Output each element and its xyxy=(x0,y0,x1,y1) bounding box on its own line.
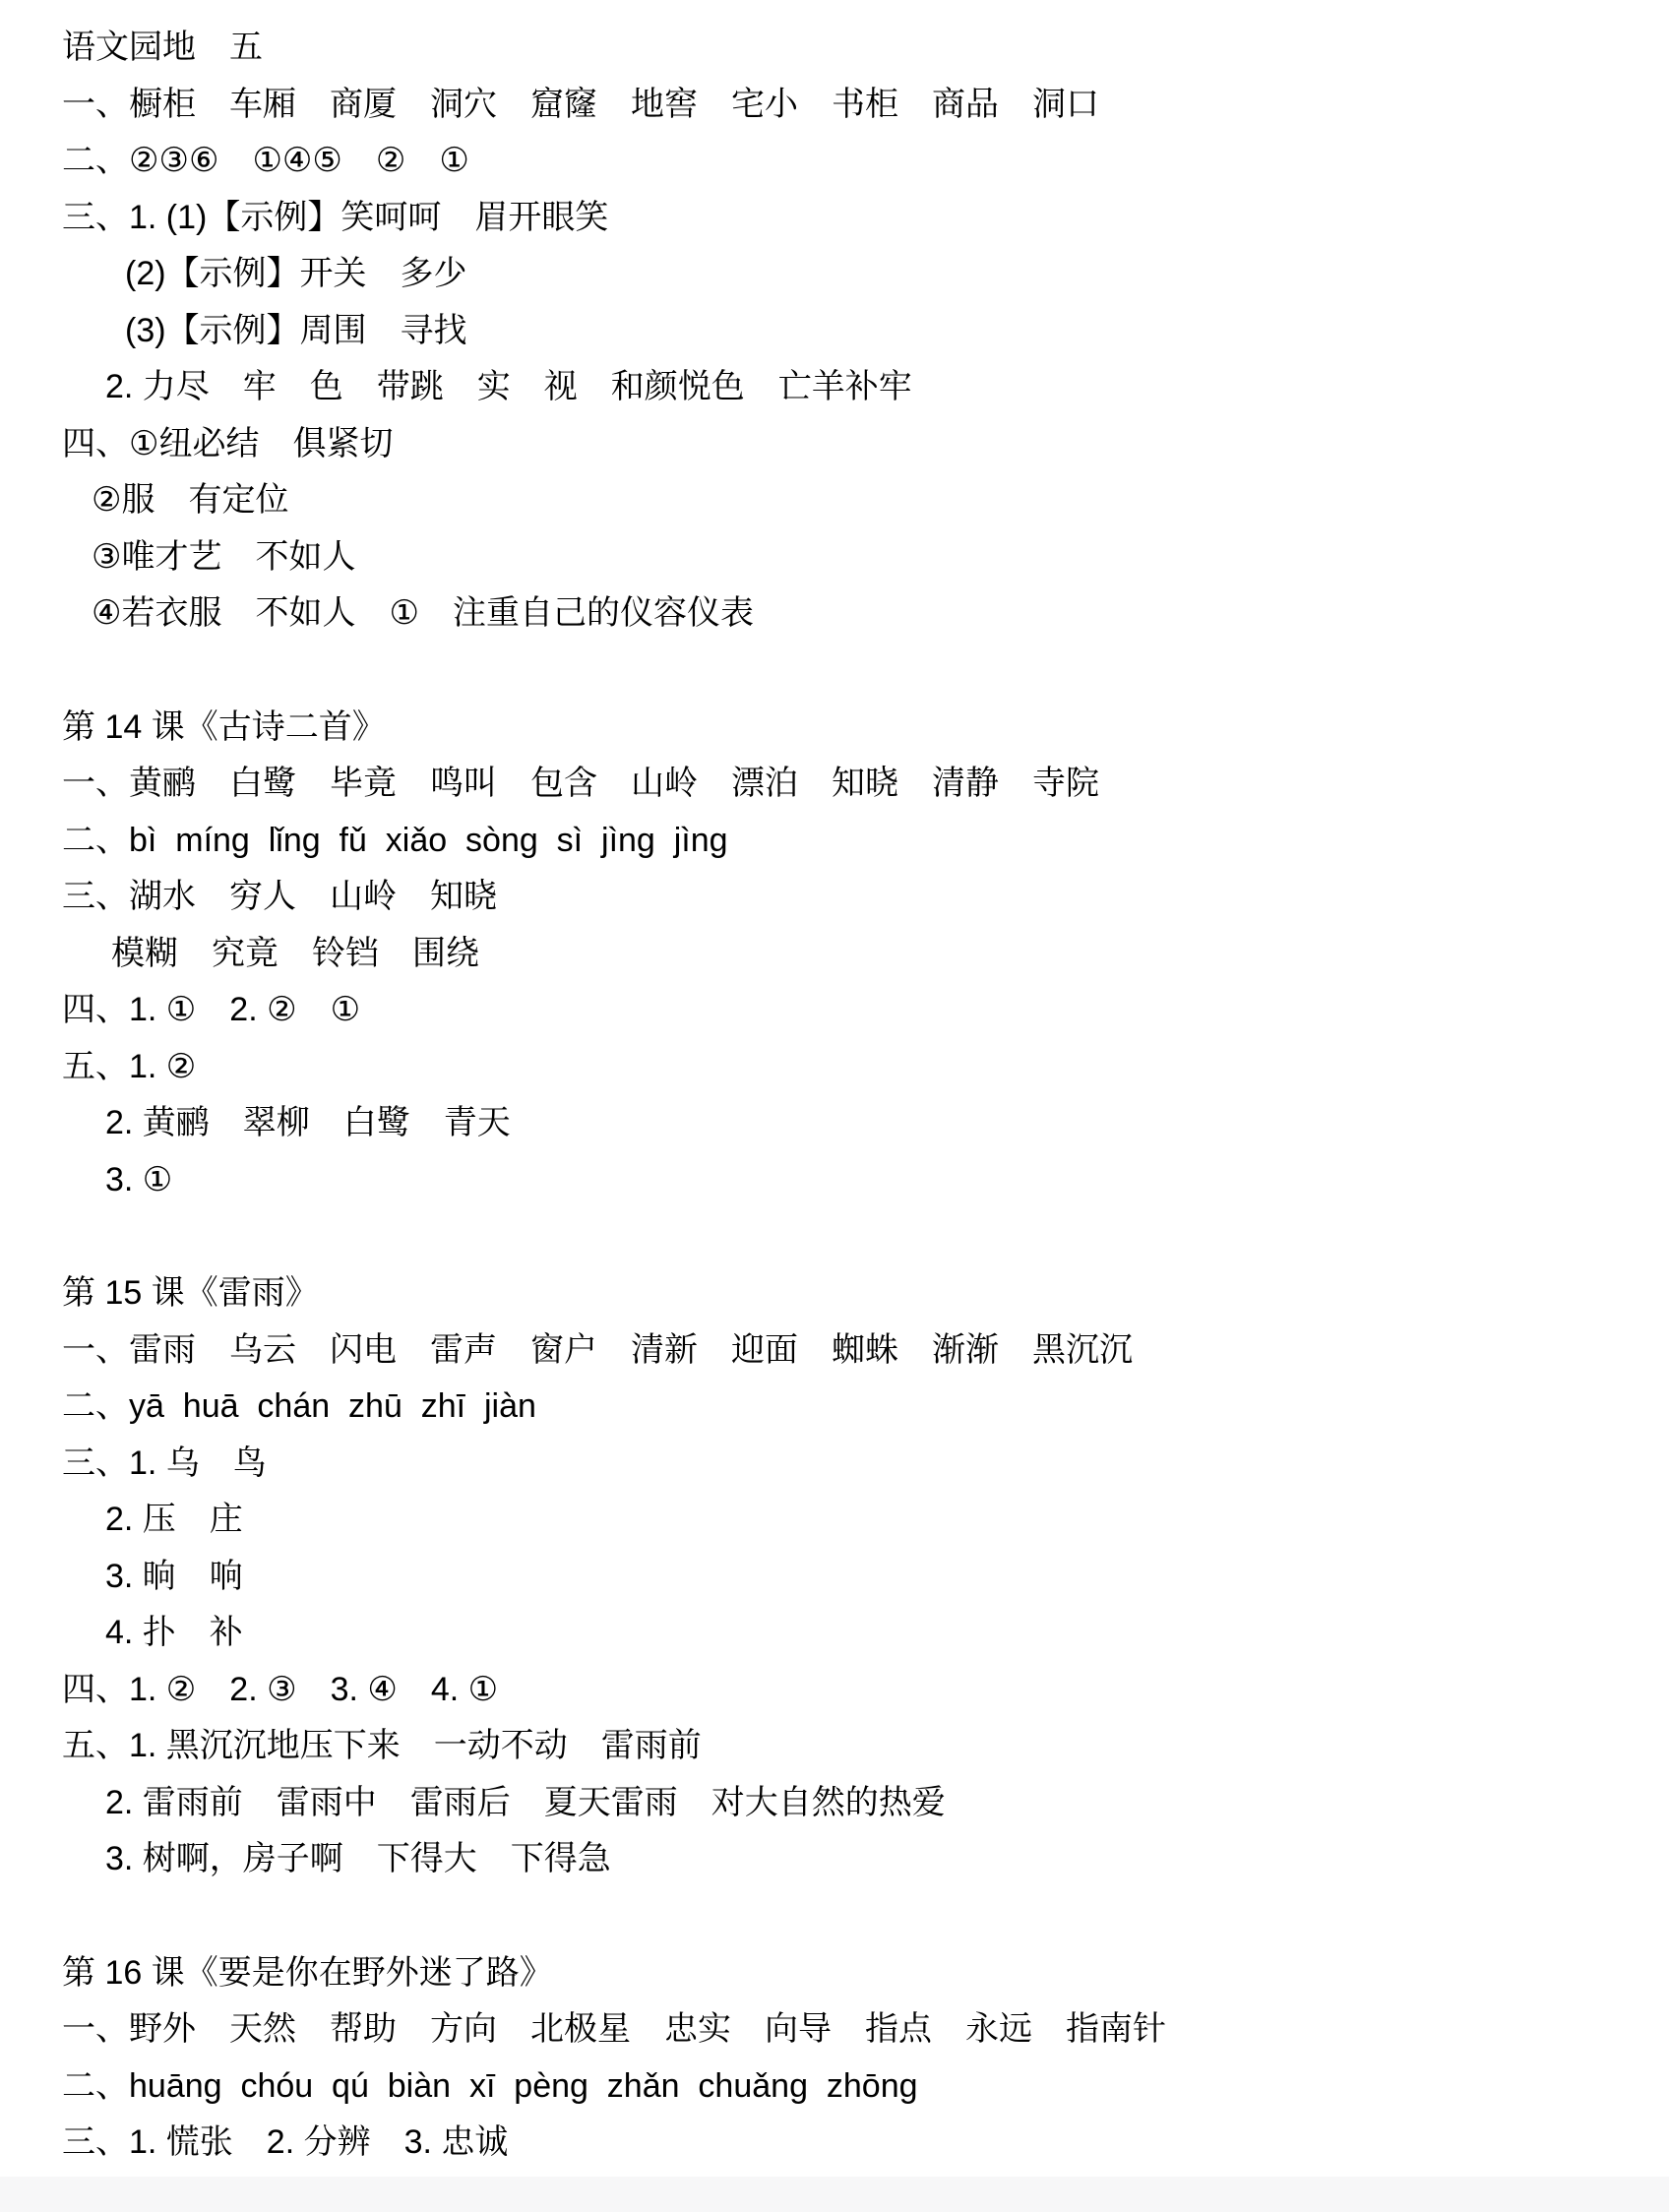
answer-line: 二、yā huā chán zhū zhī jiàn xyxy=(62,1379,1639,1436)
answer-line: 二、bì míng lǐng fǔ xiǎo sòng sì jìng jìng xyxy=(62,813,1639,870)
answer-line: 四、1. ① 2. ② ① xyxy=(62,982,1639,1039)
answer-line: 一、野外 天然 帮助 方向 北极星 忠实 向导 指点 永远 指南针 xyxy=(62,2001,1639,2058)
section-title: 第 16 课《要是你在野外迷了路》 xyxy=(62,1945,1639,2002)
section-lesson-15: 第 15 课《雷雨》 一、雷雨 乌云 闪电 雷声 窗户 清新 迎面 蜘蛛 渐渐 … xyxy=(62,1265,1639,1888)
answer-line: 二、②③⑥ ①④⑤ ② ① xyxy=(62,133,1639,190)
answer-line: 三、1. (1)【示例】笑呵呵 眉开眼笑 xyxy=(62,190,1639,247)
answer-line: ③唯才艺 不如人 xyxy=(92,529,1639,586)
section-title: 第 14 课《古诗二首》 xyxy=(62,700,1639,757)
answer-line: 四、1. ② 2. ③ 3. ④ 4. ① xyxy=(62,1662,1639,1719)
answer-line: 一、雷雨 乌云 闪电 雷声 窗户 清新 迎面 蜘蛛 渐渐 黑沉沉 xyxy=(62,1322,1639,1380)
answer-line: 3. ① xyxy=(105,1152,1639,1209)
answer-line: ④若衣服 不如人 ① 注重自己的仪容仪表 xyxy=(92,585,1639,643)
answer-line: 五、1. 黑沉沉地压下来 一动不动 雷雨前 xyxy=(62,1718,1639,1775)
answer-key-page: 语文园地 五 一、橱柜 车厢 商厦 洞穴 窟窿 地窖 宅小 书柜 商品 洞口 二… xyxy=(0,0,1669,2172)
section-title: 第 15 课《雷雨》 xyxy=(62,1265,1639,1322)
answer-line: 2. 力尽 牢 色 带跳 实 视 和颜悦色 亡羊补牢 xyxy=(105,359,1639,416)
section-title: 语文园地 五 xyxy=(62,20,1639,77)
section-yuwen-yuandi-5: 语文园地 五 一、橱柜 车厢 商厦 洞穴 窟窿 地窖 宅小 书柜 商品 洞口 二… xyxy=(62,20,1639,643)
answer-line: ②服 有定位 xyxy=(92,472,1639,529)
scan-edge-shade xyxy=(0,2177,1669,2212)
answer-line: 4. 扑 补 xyxy=(105,1605,1639,1662)
answer-line: (3)【示例】周围 寻找 xyxy=(125,303,1639,360)
answer-line: 2. 压 庄 xyxy=(105,1492,1639,1549)
section-lesson-16: 第 16 课《要是你在野外迷了路》 一、野外 天然 帮助 方向 北极星 忠实 向… xyxy=(62,1945,1639,2172)
answer-line: 三、1. 慌张 2. 分辨 3. 忠诚 xyxy=(62,2115,1639,2172)
answer-line: 三、1. 乌 鸟 xyxy=(62,1436,1639,1493)
answer-line: 3. 晌 响 xyxy=(105,1549,1639,1606)
answer-line: 2. 黄鹂 翠柳 白鹭 青天 xyxy=(105,1095,1639,1152)
answer-line: 一、橱柜 车厢 商厦 洞穴 窟窿 地窖 宅小 书柜 商品 洞口 xyxy=(62,77,1639,134)
answer-line: 三、湖水 穷人 山岭 知晓 xyxy=(62,869,1639,926)
answer-line: (2)【示例】开关 多少 xyxy=(125,246,1639,303)
answer-line: 2. 雷雨前 雷雨中 雷雨后 夏天雷雨 对大自然的热爱 xyxy=(105,1775,1639,1832)
section-lesson-14: 第 14 课《古诗二首》 一、黄鹂 白鹭 毕竟 鸣叫 包含 山岭 漂泊 知晓 清… xyxy=(62,700,1639,1209)
answer-line: 二、huāng chóu qú biàn xī pèng zhǎn chuǎng… xyxy=(62,2058,1639,2116)
answer-line: 模糊 究竟 铃铛 围绕 xyxy=(111,926,1639,983)
answer-line: 五、1. ② xyxy=(62,1039,1639,1096)
answer-line: 一、黄鹂 白鹭 毕竟 鸣叫 包含 山岭 漂泊 知晓 清静 寺院 xyxy=(62,756,1639,813)
answer-line: 3. 树啊，房子啊 下得大 下得急 xyxy=(105,1831,1639,1888)
answer-line: 四、①纽必结 俱紧切 xyxy=(62,416,1639,473)
